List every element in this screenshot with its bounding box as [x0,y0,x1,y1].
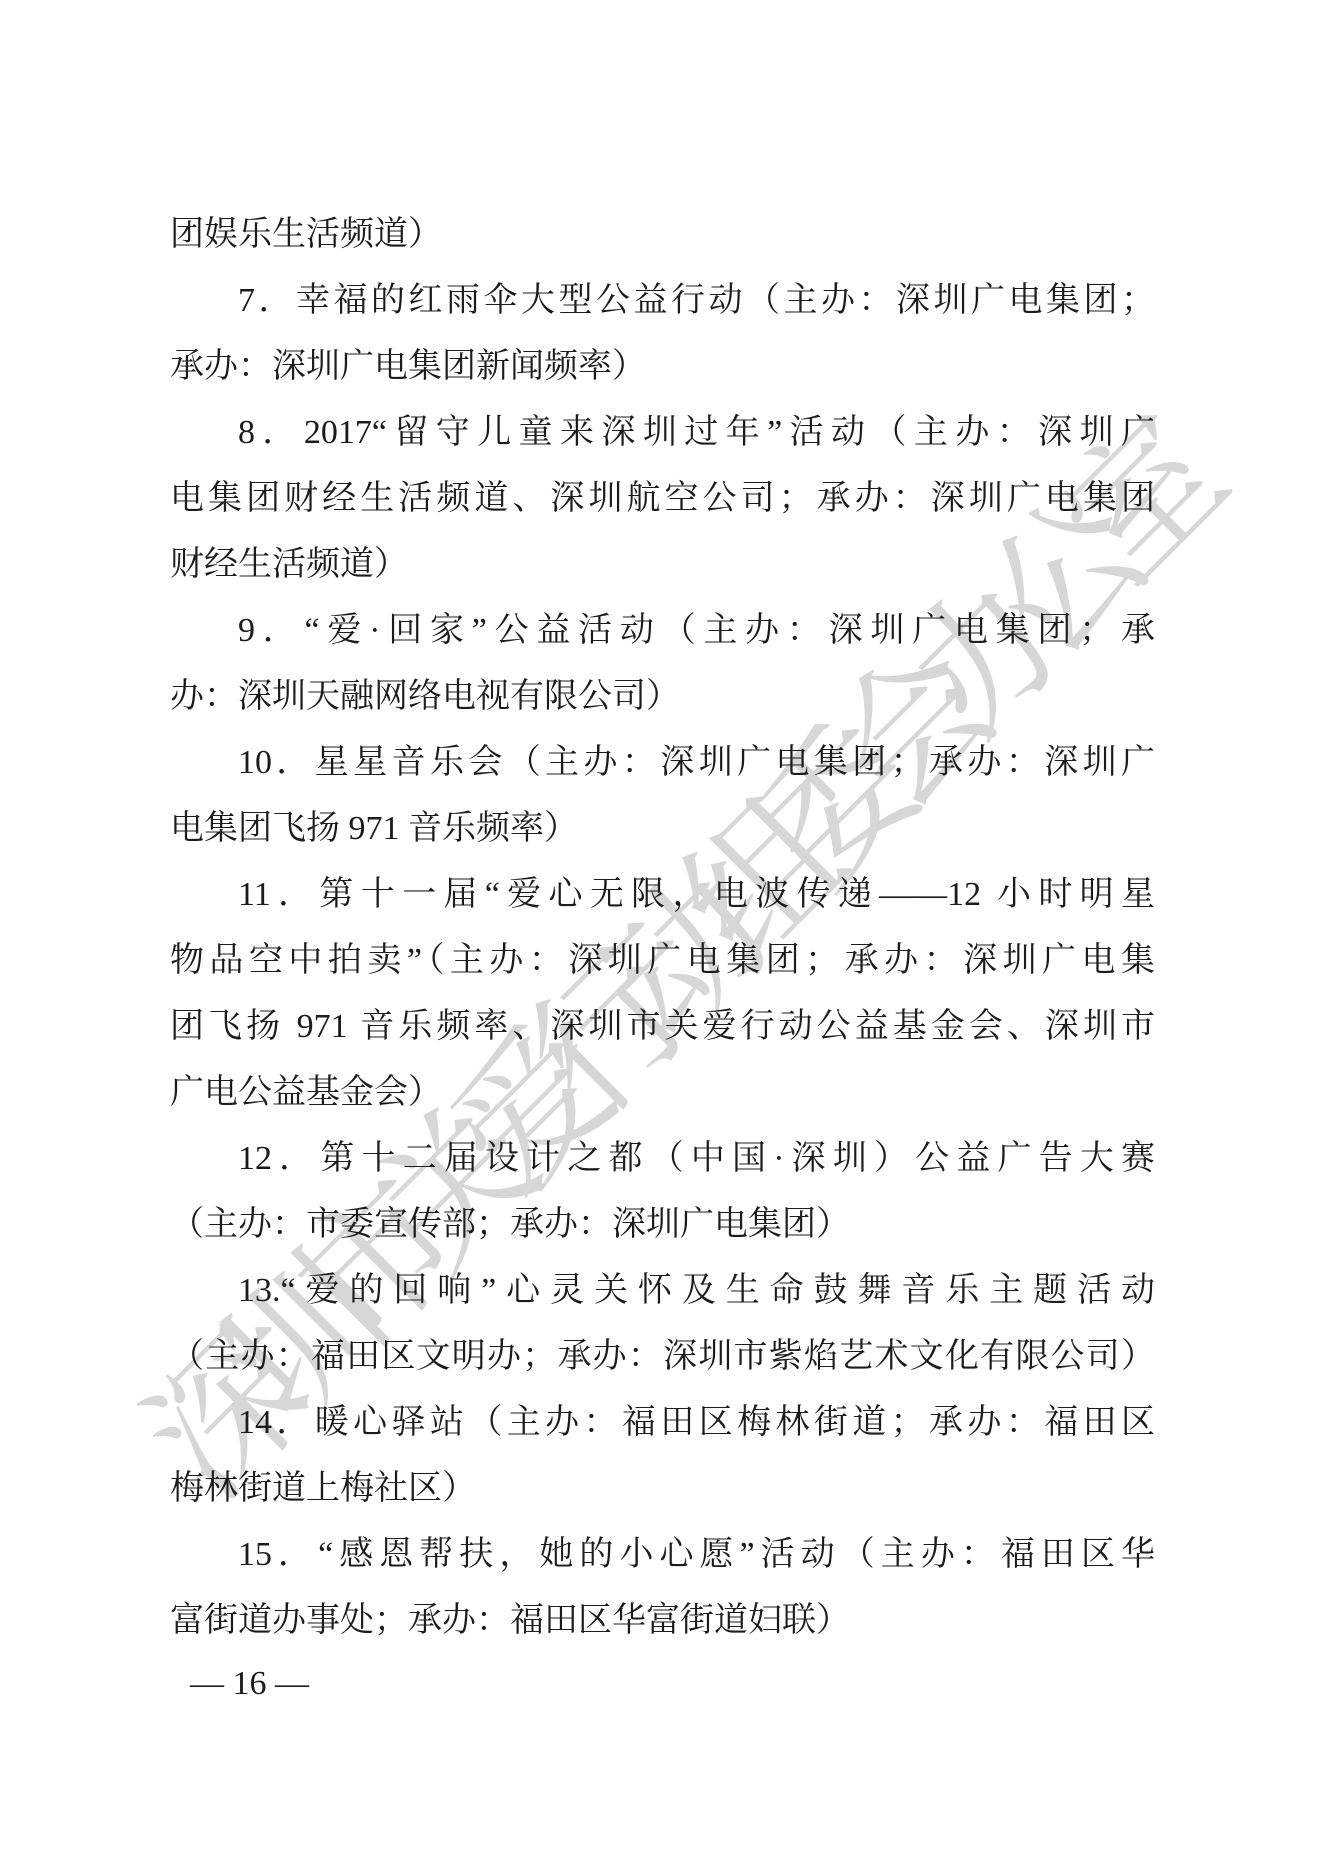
page-number: — 16 — [190,1662,309,1706]
text-line: 团娱乐生活频道） [170,202,1155,268]
text-line: 办：深圳天融网络电视有限公司） [170,664,1155,730]
text-line: 12．第十二届设计之都（中国·深圳）公益广告大赛 [170,1126,1155,1192]
document-page: 深圳市关爱行动组委会办公室 团娱乐生活频道）7．幸福的红雨伞大型公益行动（主办：… [0,0,1323,1871]
text-line: 团飞扬 971 音乐频率、深圳市关爱行动公益基金会、深圳市 [170,994,1155,1060]
text-line: （主办：市委宣传部；承办：深圳广电集团） [170,1192,1155,1258]
text-line: 富街道办事处；承办：福田区华富街道妇联） [170,1588,1155,1654]
text-line: 财经生活频道） [170,532,1155,598]
text-line: 9．“爱·回家”公益活动（主办：深圳广电集团；承 [170,598,1155,664]
text-line: 广电公益基金会） [170,1060,1155,1126]
text-line: 15．“感恩帮扶，她的小心愿”活动（主办：福田区华 [170,1522,1155,1588]
text-line: 承办：深圳广电集团新闻频率） [170,334,1155,400]
text-line: 8．2017“留守儿童来深圳过年”活动（主办：深圳广 [170,400,1155,466]
text-line: 电集团飞扬 971 音乐频率） [170,796,1155,862]
text-line: 13.“爱的回响”心灵关怀及生命鼓舞音乐主题活动 [170,1258,1155,1324]
text-line: 7．幸福的红雨伞大型公益行动（主办：深圳广电集团； [170,268,1155,334]
text-line: （主办：福田区文明办；承办：深圳市紫焰艺术文化有限公司） [170,1324,1155,1390]
text-line: 梅林街道上梅社区） [170,1456,1155,1522]
text-line: 11．第十一届“爱心无限，电波传递——12 小时明星 [170,862,1155,928]
text-line: 14．暖心驿站（主办：福田区梅林街道；承办：福田区 [170,1390,1155,1456]
text-line: 电集团财经生活频道、深圳航空公司；承办：深圳广电集团 [170,466,1155,532]
document-body: 团娱乐生活频道）7．幸福的红雨伞大型公益行动（主办：深圳广电集团；承办：深圳广电… [170,202,1155,1654]
text-line: 物品空中拍卖”（主办：深圳广电集团；承办：深圳广电集 [170,928,1155,994]
text-line: 10．星星音乐会（主办：深圳广电集团；承办：深圳广 [170,730,1155,796]
